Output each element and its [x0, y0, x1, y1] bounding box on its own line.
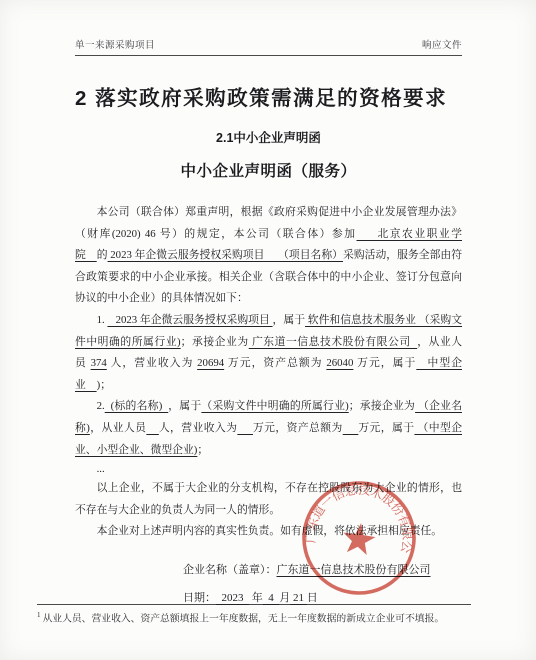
document-heading: 中小企业声明函（服务）	[75, 159, 462, 181]
header-right-label: 响应文件	[422, 37, 462, 51]
closing-paragraph-2: 本企业对上述声明内容的真实性负责。如有虚假，将依法承担相应责任。	[75, 521, 462, 543]
ellipsis-line: ...	[75, 461, 462, 478]
signature-block: 企业名称（盖章）：广东道一信息技术股份有限公司 日期： 2023 年 4 月 2…	[183, 556, 462, 612]
enterprise-item-1: 1. 2023 年企微云服务授权采购项目 ，属于 软件和信息技术服务业 （采购文…	[75, 310, 462, 396]
header-left-label: 单一来源采购项目	[75, 37, 155, 51]
page-header: 单一来源采购项目 响应文件	[75, 0, 462, 56]
declaration-body: 本公司（联合体）郑重声明，根据《政府采购促进中小企业发展管理办法》（财库(202…	[75, 202, 462, 543]
closing-paragraph-1: 以上企业，不属于大企业的分支机构，不存在控股股东为大企业的情形，也不存在与大企业…	[75, 478, 462, 521]
footnote-marker: 1	[37, 611, 41, 619]
document-page: 单一来源采购项目 响应文件 2 落实政府采购政策需满足的资格要求 2.1中小企业…	[0, 0, 536, 660]
subsection-heading: 2.1中小企业声明函	[75, 128, 462, 146]
declaration-paragraph: 本公司（联合体）郑重声明，根据《政府采购促进中小企业发展管理办法》（财库(202…	[75, 202, 462, 310]
enterprise-item-2: 2. (标的名称) ，属于（采购文件中明确的所属行业)；承接企业为 （企业名称)…	[75, 396, 462, 461]
date-line: 日期： 2023 年 4 月 21 日	[183, 584, 462, 612]
section-title: 2 落实政府采购政策需满足的资格要求	[75, 81, 462, 111]
company-name-line: 企业名称（盖章）：广东道一信息技术股份有限公司	[183, 556, 462, 584]
footnote-text: 从业人员、营业收入、资产总额填报上一年度数据，无上一年度数据的新成立企业可不填报…	[43, 613, 445, 624]
